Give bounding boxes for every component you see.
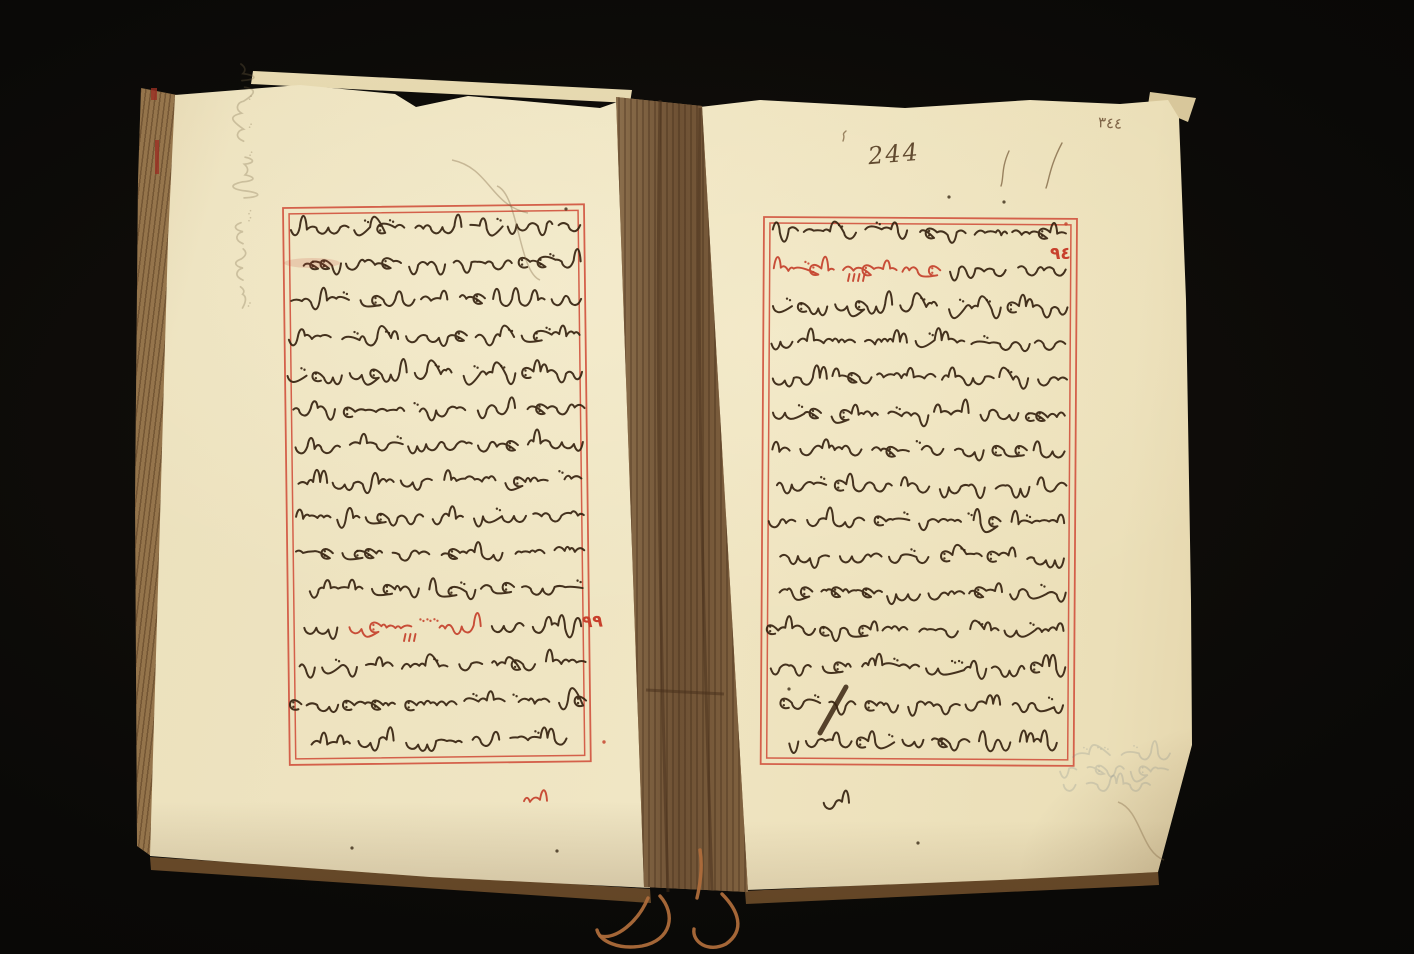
quire-mark-red — [524, 790, 547, 802]
pen-trial-stroke — [843, 131, 846, 141]
manuscript-text-line — [824, 791, 849, 809]
manuscript-text-line — [773, 291, 1068, 319]
corner-folio-number: ٣٤٤ — [1097, 113, 1122, 133]
ink-speck — [947, 195, 950, 198]
page-number-ink: 244 — [867, 138, 921, 170]
manuscript-text-line — [295, 429, 583, 455]
manuscript-text-line — [1073, 741, 1170, 760]
diacritic-dots — [313, 254, 554, 267]
manuscript-text-line — [771, 653, 1066, 679]
red-ink-offset-smear — [284, 258, 340, 268]
manuscript-text-line — [291, 285, 581, 310]
manuscript-text-line — [773, 398, 1065, 427]
manuscript-text-line — [291, 213, 581, 239]
show-through-text — [1073, 741, 1170, 760]
manuscript-text-line — [773, 365, 1067, 389]
ink-speck — [350, 846, 353, 849]
manuscript-text-line-rubric — [524, 790, 547, 802]
manuscript-text-line — [287, 357, 582, 387]
gutter-seam — [699, 108, 712, 890]
right-page-text-block — [761, 217, 1077, 766]
rubric-tick-marks — [404, 634, 416, 641]
manuscript-text-line — [789, 729, 1057, 755]
pen-trial-stroke — [1046, 143, 1062, 188]
edge-decoration-red — [151, 88, 157, 100]
margin-ghost-text — [233, 64, 258, 308]
ink-speck — [787, 687, 790, 690]
manuscript-text-line — [771, 327, 1065, 351]
diacritic-dots — [344, 291, 477, 303]
ink-speck — [564, 207, 567, 210]
ink-speck — [1002, 200, 1005, 203]
diacritic-dots — [293, 693, 578, 709]
diacritic-dots — [860, 735, 942, 745]
manuscript-text-line-rubric — [774, 256, 941, 276]
red-ink-speck — [602, 740, 605, 743]
left-page-frame-outer — [283, 204, 591, 765]
manuscript-text-line — [296, 505, 584, 529]
left-rubric-numeral: ٩٩ — [581, 611, 603, 632]
manuscript-text-line — [299, 649, 585, 678]
manuscript-text-line — [304, 249, 581, 276]
gutter-seam — [658, 100, 668, 892]
manuscript-text-line — [772, 439, 1064, 461]
rubric-tick-marks — [848, 274, 865, 281]
binding-thread — [694, 894, 738, 947]
manuscript-text-line — [310, 576, 583, 601]
diacritic-dots — [852, 370, 1012, 381]
manuscript-text-line — [780, 694, 1063, 717]
right-rubric-numeral: ٩٤ — [1050, 244, 1071, 264]
diacritic-dots — [354, 328, 549, 340]
manuscript-text-line — [780, 544, 1064, 570]
manuscript-artwork-overlay — [0, 0, 1414, 954]
edge-decoration-red — [155, 140, 159, 174]
manuscript-text-line — [780, 582, 1066, 605]
manuscript-text-line — [1060, 765, 1168, 781]
gutter-seam — [646, 690, 724, 694]
manuscript-text-line — [950, 266, 1066, 281]
manuscript-text-line — [290, 688, 586, 713]
show-through-text — [1060, 765, 1168, 781]
ink-speck — [916, 841, 919, 844]
diacritic-dots — [535, 731, 538, 733]
manuscript-text-line — [304, 615, 581, 641]
manuscript-photo: 244 ٣٤٤ ٩٩ ٩٤ — [0, 0, 1414, 954]
manuscript-text-line — [311, 725, 566, 752]
manuscript-text-line — [296, 541, 584, 563]
ink-smudge — [820, 687, 846, 733]
paper-crease — [1118, 802, 1164, 860]
manuscript-text-line — [293, 397, 584, 423]
left-page-text-block — [283, 204, 591, 765]
pen-trial-stroke — [1001, 151, 1009, 186]
diacritic-dots — [249, 96, 252, 306]
manuscript-text-line — [298, 467, 581, 494]
diacritic-dots — [930, 334, 988, 338]
red-ink-speck — [1064, 222, 1067, 225]
manuscript-text-line — [769, 507, 1065, 532]
binding-thread — [600, 898, 648, 937]
manuscript-text-line — [233, 64, 258, 308]
ink-speck — [555, 849, 558, 852]
catchword-mark — [824, 791, 849, 809]
manuscript-text-line — [767, 616, 1064, 642]
binding-thread — [697, 850, 701, 898]
manuscript-text-line — [289, 324, 580, 348]
